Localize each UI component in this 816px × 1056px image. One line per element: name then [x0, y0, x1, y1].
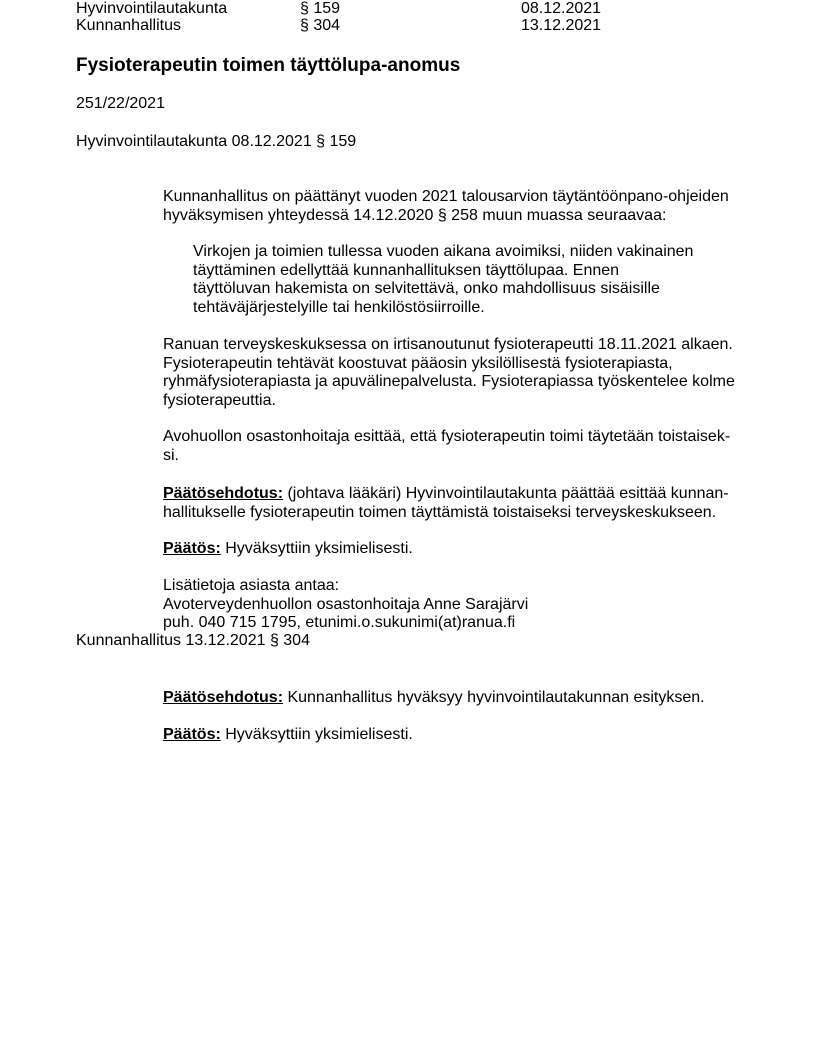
decision-text: Hyväksyttiin yksimielisesti.	[221, 726, 413, 743]
decision: Päätös: Hyväksyttiin yksimielisesti.	[163, 726, 413, 745]
intro-paragraph: Kunnanhallitus on päättänyt vuoden 2021 …	[163, 188, 729, 225]
decision-text: Hyväksyttiin yksimielisesti.	[221, 540, 413, 557]
decision: Päätös: Hyväksyttiin yksimielisesti.	[163, 540, 413, 559]
header-body: Kunnanhallitus	[76, 17, 181, 35]
proposal-paragraph: Avohuollon osastonhoitaja esittää, että …	[163, 428, 730, 465]
decision-proposal-label: Päätösehdotus:	[163, 485, 283, 502]
contact-info: Lisätietoja asiasta antaa: Avoterveydenh…	[163, 577, 528, 633]
meeting-heading: Kunnanhallitus 13.12.2021 § 304	[76, 632, 310, 650]
background-paragraph: Ranuan terveyskeskuksessa on irtisanoutu…	[163, 336, 735, 410]
decision-proposal-label: Päätösehdotus:	[163, 689, 283, 706]
header-section: § 304	[300, 17, 340, 35]
decision-proposal: Päätösehdotus: (johtava lääkäri) Hyvinvo…	[163, 485, 729, 522]
decision-proposal-text: Kunnanhallitus hyväksyy hyvinvointilauta…	[283, 689, 705, 706]
decision-label: Päätös:	[163, 726, 221, 743]
header-date: 08.12.2021	[521, 0, 601, 18]
header-date: 13.12.2021	[521, 17, 601, 35]
header-body: Hyvinvointilautakunta	[76, 0, 227, 18]
decision-label: Päätös:	[163, 540, 221, 557]
record-number: 251/22/2021	[76, 95, 165, 113]
document-title: Fysioterapeutin toimen täyttölupa-anomus	[76, 55, 460, 77]
decision-proposal-text: (johtava lääkäri) Hyvinvointilautakunta …	[283, 485, 729, 502]
meeting-heading: Hyvinvointilautakunta 08.12.2021 § 159	[76, 133, 356, 151]
quoted-block: Virkojen ja toimien tullessa vuoden aika…	[193, 243, 693, 317]
header-section: § 159	[300, 0, 340, 18]
decision-proposal: Päätösehdotus: Kunnanhallitus hyväksyy h…	[163, 689, 705, 708]
